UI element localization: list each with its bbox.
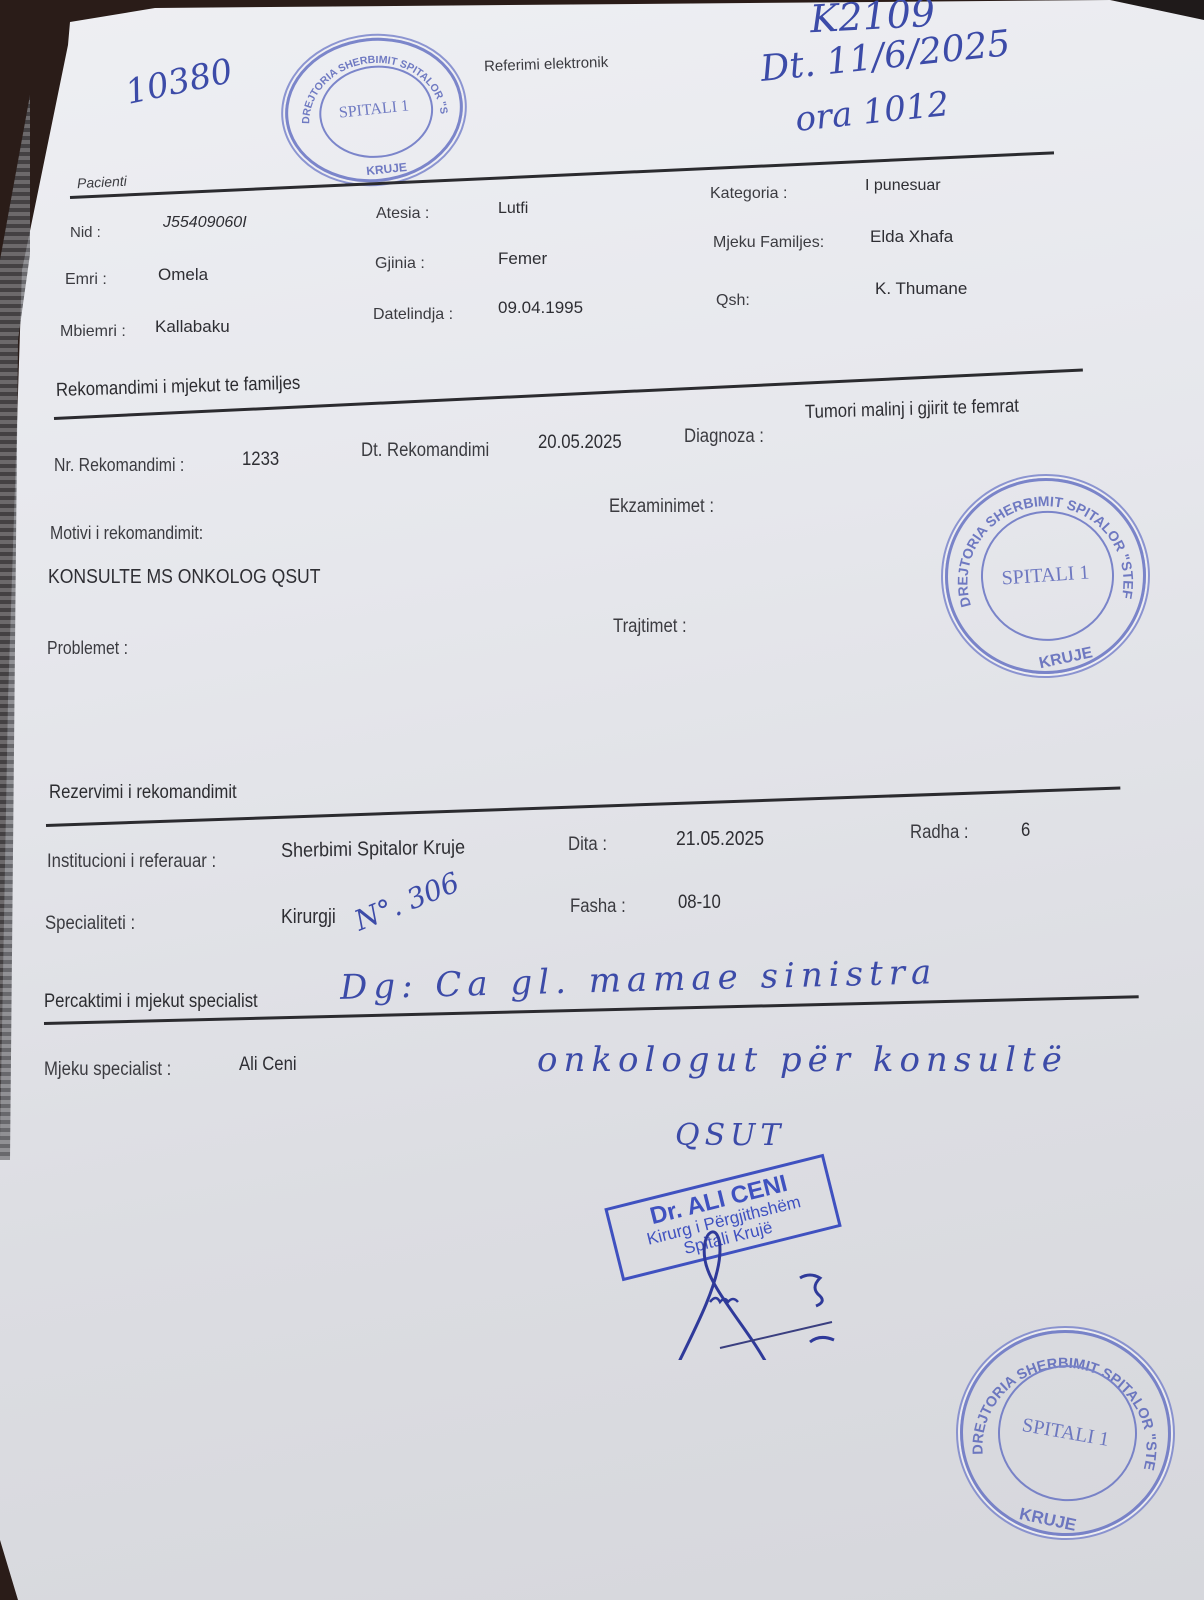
field-value-datelindja: 09.04.1995 [498, 298, 583, 318]
field-label-diagnoza: Diagnoza : [684, 426, 764, 448]
field-label-nr-rekomandimi: Nr. Rekomandimi : [54, 455, 184, 476]
field-label-mbiemri: Mbiemri : [60, 323, 126, 341]
field-value-atesia: Lutfi [498, 200, 528, 218]
field-value-emri: Omela [158, 265, 208, 285]
field-label-dt-rekomandimi: Dt. Rekomandimi [361, 440, 489, 462]
field-value-radha: 6 [1021, 820, 1030, 842]
field-label-fasha: Fasha : [570, 896, 626, 918]
field-value-nid: J55409060I [163, 214, 247, 232]
field-label-institucioni: Institucioni i referauar : [47, 851, 216, 873]
field-label-emri: Emri : [65, 271, 107, 289]
round-stamp-top: DREJTORIA SHERBIMIT SPITALOR "STEFAN GJO… [278, 29, 470, 191]
field-label-dita: Dita : [568, 834, 607, 856]
handwritten-instruction: onkologut për konsultë [537, 1040, 1068, 1080]
field-value-dt-rekomandimi: 20.05.2025 [538, 432, 622, 454]
section-patient-title: Pacienti [77, 173, 128, 192]
section-reservation-title: Rezervimi i rekomandimit [49, 782, 237, 804]
handwritten-qsut: QSUT [675, 1118, 785, 1153]
field-value-gjinia: Femer [498, 249, 547, 269]
field-label-atesia: Atesia : [376, 205, 429, 223]
field-label-mjeku-familjes: Mjeku Familjes: [713, 234, 824, 252]
field-label-radha: Radha : [910, 822, 969, 844]
field-value-motivi: KONSULTE MS ONKOLOG QSUT [48, 566, 321, 589]
field-label-mjeku-specialist: Mjeku specialist : [44, 1059, 171, 1081]
field-label-nid: Nid : [70, 224, 101, 241]
section-specialist-title: Percaktimi i mjekut specialist [44, 991, 258, 1013]
field-value-specialiteti: Kirurgji [281, 906, 336, 929]
field-label-datelindja: Datelindja : [373, 306, 453, 324]
field-value-fasha: 08-10 [678, 892, 721, 914]
field-label-kategoria: Kategoria : [710, 185, 787, 203]
field-label-motivi: Motivi i rekomandimit: [50, 523, 203, 544]
field-label-gjinia: Gjinia : [375, 255, 425, 273]
field-label-ekzaminimet: Ekzaminimet : [609, 496, 714, 518]
field-value-mjeku-specialist: Ali Ceni [239, 1054, 297, 1076]
field-value-kategoria: I punesuar [865, 177, 941, 195]
field-value-qsh: K. Thumane [875, 279, 967, 299]
round-stamp-middle: DREJTORIA SHERBIMIT SPITALOR "STEFAN GJO… [938, 471, 1152, 681]
field-value-dita: 21.05.2025 [676, 828, 764, 851]
field-label-qsh: Qsh: [716, 292, 750, 310]
field-value-mjeku-familjes: Elda Xhafa [870, 227, 953, 247]
field-value-institucioni: Sherbimi Spitalor Kruje [281, 836, 465, 863]
field-value-mbiemri: Kallabaku [155, 317, 230, 337]
field-label-problemet: Problemet : [47, 638, 128, 659]
doctor-signature [660, 1220, 860, 1360]
field-label-trajtimet: Trajtimet : [613, 616, 687, 638]
field-label-specialiteti: Specialiteti : [45, 913, 135, 935]
field-value-nr-rekomandimi: 1233 [242, 449, 279, 471]
round-stamp-bottom: DREJTORIA SHERBIMIT SPITALOR "STEFAN GJO… [953, 1323, 1178, 1543]
